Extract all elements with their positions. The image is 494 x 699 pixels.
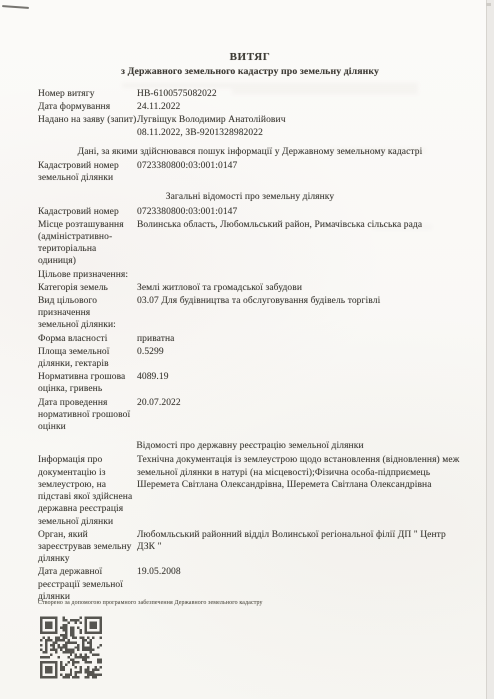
field-row: Дата державної реєстрації земельної діля… — [38, 566, 462, 603]
field-value: 0.5299 — [137, 346, 462, 370]
field-row: Площа земельної ділянки, гектарів 0.5299 — [38, 346, 462, 370]
section-search-data: Дані, за якими здійснювався пошук інформ… — [38, 146, 462, 185]
scan-edge-strip — [486, 0, 494, 699]
section-heading: Відомості про державну реєстрацію земель… — [38, 440, 462, 452]
field-row: Кадастровий номер земельної ділянки 0723… — [38, 160, 462, 184]
field-row: Дата формування 24.11.2022 — [38, 101, 462, 113]
scan-speck — [486, 3, 491, 6]
software-attribution-note: Створено за допомогою програмного забезп… — [38, 600, 458, 607]
field-label: Дата формування — [38, 101, 137, 113]
field-label: Цільове призначення: — [38, 269, 137, 281]
field-row: Номер витягу НВ-6100575082022 — [38, 88, 462, 100]
field-label: Інформація про документацію із землеустр… — [38, 454, 137, 527]
field-label: Орган, який зареєстрував земельну ділянк… — [38, 529, 137, 566]
field-label: Форма власності — [38, 333, 137, 345]
section-heading: Дані, за якими здійснювався пошук інформ… — [38, 146, 462, 158]
section-heading: Загальні відомості про земельну ділянку — [38, 191, 462, 203]
field-label: Нормативна грошова оцінка, гривень — [38, 371, 137, 395]
field-value: Волинська область, Любомльський район, Р… — [137, 219, 462, 268]
field-value: приватна — [137, 333, 462, 345]
field-label: Дата проведення нормативної грошової оці… — [38, 397, 137, 434]
field-label: Площа земельної ділянки, гектарів — [38, 346, 137, 370]
extract-meta: Номер витягу НВ-6100575082022 Дата форму… — [38, 88, 462, 139]
field-label: Місце розташування (адміністративно-тери… — [38, 219, 137, 268]
field-label: Дата державної реєстрації земельної діля… — [38, 566, 137, 603]
field-value: 0723380800:03:001:0147 — [137, 160, 462, 184]
field-value: Любомльський районний відділ Волинської … — [137, 529, 462, 566]
field-row: Місце розташування (адміністративно-тери… — [38, 219, 462, 268]
field-label: Кадастровий номер земельної ділянки — [38, 160, 137, 184]
field-value: 24.11.2022 — [137, 101, 462, 113]
field-value: НВ-6100575082022 — [137, 88, 462, 100]
applicant-name: Лугвіщук Володимир Анатолійович — [137, 114, 462, 126]
qr-code — [40, 615, 102, 680]
section-state-registration: Відомості про державну реєстрацію земель… — [38, 440, 462, 603]
field-value: 20.07.2022 — [137, 397, 462, 434]
document-title: ВИТЯГ — [38, 51, 462, 64]
field-row: Надано на заяву (запит) Лугвіщук Володим… — [38, 114, 462, 138]
field-value: Лугвіщук Володимир Анатолійович 08.11.20… — [137, 114, 462, 138]
field-row: Категорія земель Землі житлової та грома… — [38, 282, 462, 294]
field-label: Кадастровий номер — [38, 206, 137, 218]
document-subtitle: з Державного земельного кадастру про зем… — [38, 65, 462, 78]
application-number: 08.11.2022, ЗВ-9201328982022 — [137, 127, 462, 139]
field-value: Технічна документація із землеустрою щод… — [137, 454, 462, 527]
field-label: Надано на заяву (запит) — [38, 114, 137, 138]
field-row: Дата проведення нормативної грошової оці… — [38, 397, 462, 434]
field-value: 03.07 Для будівництва та обслуговування … — [137, 295, 462, 332]
field-row: Вид цільового призначення земельної діля… — [38, 295, 462, 332]
qr-code-icon — [40, 615, 102, 680]
field-row: Форма власності приватна — [38, 333, 462, 345]
field-label: Категорія земель — [38, 282, 137, 294]
field-row: Цільове призначення: — [38, 269, 462, 281]
field-row: Інформація про документацію із землеустр… — [38, 454, 462, 527]
field-label: Вид цільового призначення земельної діля… — [38, 295, 137, 332]
field-value: 19.05.2008 — [137, 566, 462, 603]
field-row: Кадастровий номер 0723380800:03:001:0147 — [38, 206, 462, 218]
field-value: 4089.19 — [137, 371, 462, 395]
field-value: 0723380800:03:001:0147 — [137, 206, 462, 218]
field-row: Нормативна грошова оцінка, гривень 4089.… — [38, 371, 462, 395]
field-value: Землі житлової та громадської забудови — [137, 282, 462, 294]
field-value — [137, 269, 462, 281]
field-label: Номер витягу — [38, 88, 137, 100]
document-body: ВИТЯГ з Державного земельного кадастру п… — [38, 51, 462, 604]
section-general-info: Загальні відомості про земельну ділянку … — [38, 191, 462, 433]
field-row: Орган, який зареєстрував земельну ділянк… — [38, 529, 462, 566]
